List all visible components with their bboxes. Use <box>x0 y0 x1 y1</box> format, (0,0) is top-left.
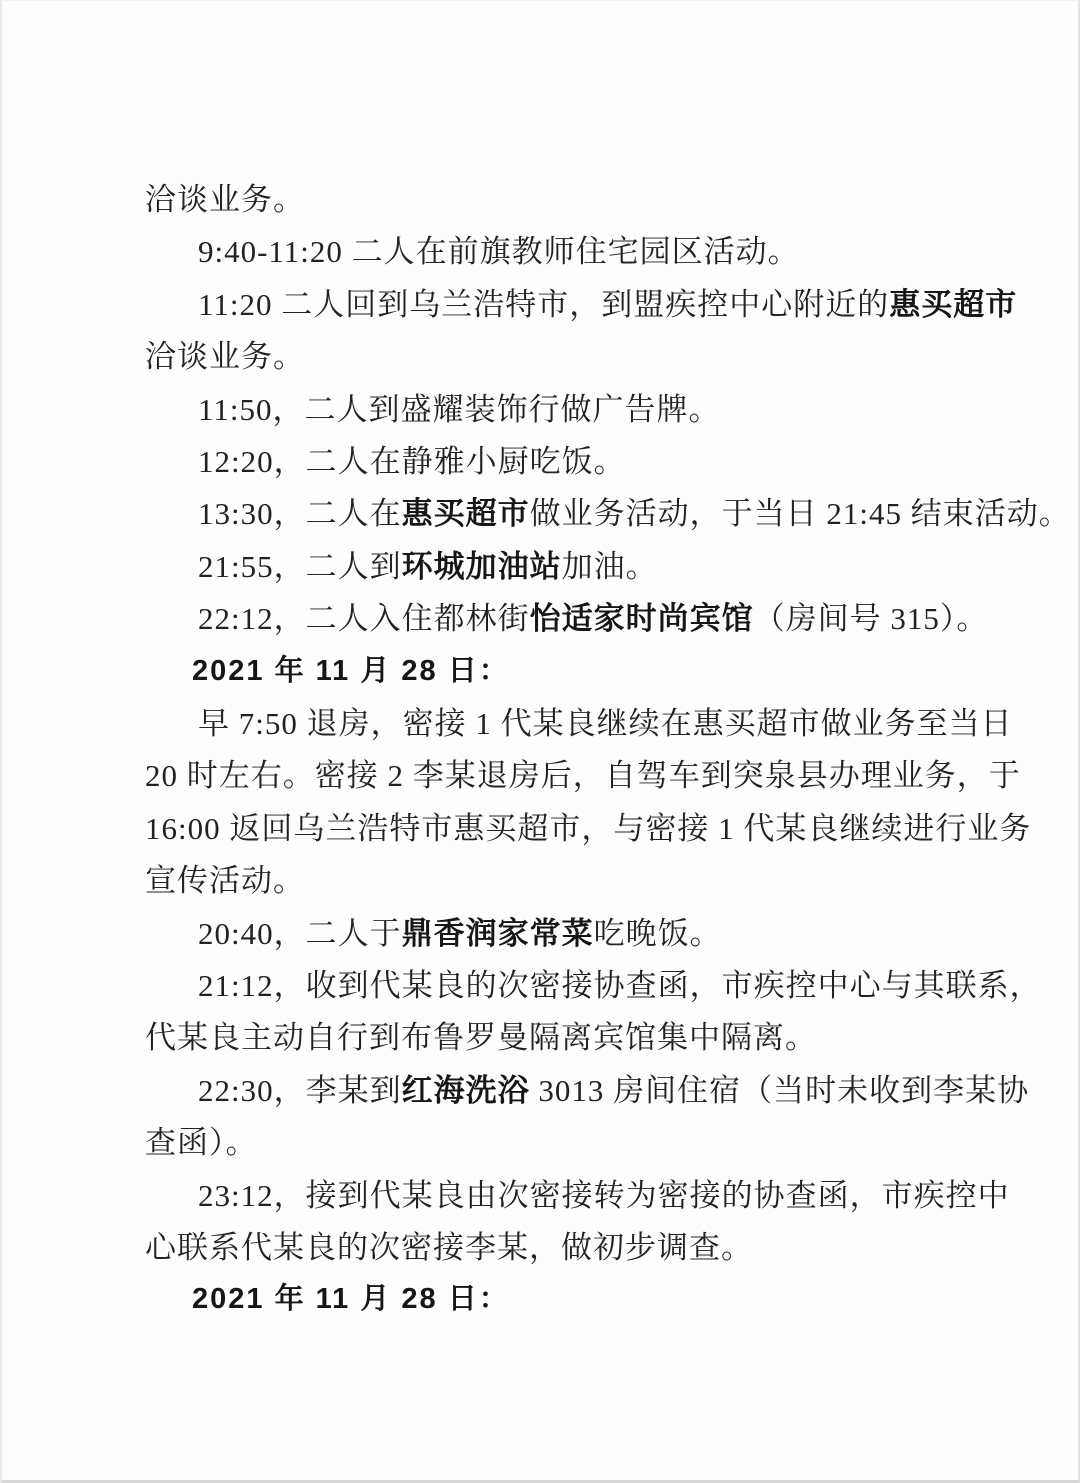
bold-text-segment: 惠买超市 <box>402 496 530 531</box>
text-line: 21:12，收到代某良的次密接协查函，市疾控中心与其联系， <box>198 959 1042 1012</box>
text-segment: 21:12，收到代某良的次密接协查函，市疾控中心与其联系， <box>198 968 1042 1003</box>
text-segment: 9:40-11:20 二人在前旗教师住宅园区活动。 <box>198 234 800 269</box>
bold-text-segment: 2021 年 11 月 28 日： <box>192 655 510 687</box>
bold-text-segment: 红海洗浴 <box>402 1073 530 1108</box>
text-line: 11:20 二人回到乌兰浩特市，到盟疾控中心附近的惠买超市 <box>198 278 1017 331</box>
date-heading: 2021 年 11 月 28 日： <box>192 1273 510 1326</box>
text-line: 11:50，二人到盛耀装饰行做广告牌。 <box>198 383 720 436</box>
text-line: 23:12，接到代某良由次密接转为密接的协查函，市疾控中 <box>198 1169 1010 1222</box>
text-line: 22:30，李某到红海洗浴 3013 房间住宿（当时未收到李某协 <box>198 1064 1029 1117</box>
text-segment: 20 时左右。密接 2 李某退房后，自驾车到突泉县办理业务，于 <box>145 758 1021 793</box>
text-segment: 12:20，二人在静雅小厨吃饭。 <box>198 444 626 479</box>
text-line: 洽谈业务。 <box>145 173 305 226</box>
text-segment: 吃晚饭。 <box>594 916 722 951</box>
text-line: 20:40，二人于鼎香润家常菜吃晚饭。 <box>198 907 722 960</box>
text-line: 12:20，二人在静雅小厨吃饭。 <box>198 435 626 488</box>
date-heading: 2021 年 11 月 28 日： <box>192 645 510 698</box>
text-segment: 加油。 <box>562 549 658 584</box>
text-segment: 22:30，李某到 <box>198 1073 402 1108</box>
text-line: 13:30，二人在惠买超市做业务活动，于当日 21:45 结束活动。 <box>198 487 1071 540</box>
text-segment: 22:12，二人入住都林街 <box>198 601 530 636</box>
text-segment: 13:30，二人在 <box>198 496 402 531</box>
text-segment: 代某良主动自行到布鲁罗曼隔离宾馆集中隔离。 <box>145 1020 817 1055</box>
text-segment: 洽谈业务。 <box>145 339 305 374</box>
text-segment: 查函）。 <box>145 1125 258 1160</box>
bold-text-segment: 怡适家时尚宾馆 <box>530 601 754 636</box>
text-segment: 11:50，二人到盛耀装饰行做广告牌。 <box>198 392 720 427</box>
text-segment: 做业务活动，于当日 21:45 结束活动。 <box>530 496 1071 531</box>
text-segment: 23:12，接到代某良由次密接转为密接的协查函，市疾控中 <box>198 1178 1010 1213</box>
text-segment: 3013 房间住宿（当时未收到李某协 <box>530 1073 1030 1108</box>
text-segment: 21:55，二人到 <box>198 549 402 584</box>
text-segment: 洽谈业务。 <box>145 182 305 217</box>
text-line: 早 7:50 退房，密接 1 代某良继续在惠买超市做业务至当日 <box>198 697 1013 750</box>
bold-text-segment: 环城加油站 <box>402 549 562 584</box>
bold-text-segment: 惠买超市 <box>889 287 1017 322</box>
text-line: 22:12，二人入住都林街怡适家时尚宾馆（房间号 315）。 <box>198 592 988 645</box>
text-line: 心联系代某良的次密接李某，做初步调查。 <box>145 1221 753 1274</box>
bold-text-segment: 2021 年 11 月 28 日： <box>192 1283 510 1315</box>
text-segment: 16:00 返回乌兰浩特市惠买超市，与密接 1 代某良继续进行业务 <box>145 811 1031 846</box>
text-segment: 心联系代某良的次密接李某，做初步调查。 <box>145 1230 753 1265</box>
text-segment: 11:20 二人回到乌兰浩特市，到盟疾控中心附近的 <box>198 287 889 322</box>
text-line: 查函）。 <box>145 1116 258 1169</box>
text-line: 20 时左右。密接 2 李某退房后，自驾车到突泉县办理业务，于 <box>145 749 1021 802</box>
text-segment: 早 7:50 退房，密接 1 代某良继续在惠买超市做业务至当日 <box>198 706 1013 741</box>
document-page: 洽谈业务。9:40-11:20 二人在前旗教师住宅园区活动。11:20 二人回到… <box>0 0 1080 1483</box>
text-segment: 20:40，二人于 <box>198 916 402 951</box>
text-line: 洽谈业务。 <box>145 330 305 383</box>
bold-text-segment: 鼎香润家常菜 <box>402 916 594 951</box>
text-line: 代某良主动自行到布鲁罗曼隔离宾馆集中隔离。 <box>145 1011 817 1064</box>
text-line: 宣传活动。 <box>145 854 305 907</box>
text-line: 9:40-11:20 二人在前旗教师住宅园区活动。 <box>198 225 800 278</box>
text-line: 16:00 返回乌兰浩特市惠买超市，与密接 1 代某良继续进行业务 <box>145 802 1031 855</box>
text-line: 21:55，二人到环城加油站加油。 <box>198 540 658 593</box>
text-segment: （房间号 315）。 <box>754 601 989 636</box>
text-segment: 宣传活动。 <box>145 863 305 898</box>
